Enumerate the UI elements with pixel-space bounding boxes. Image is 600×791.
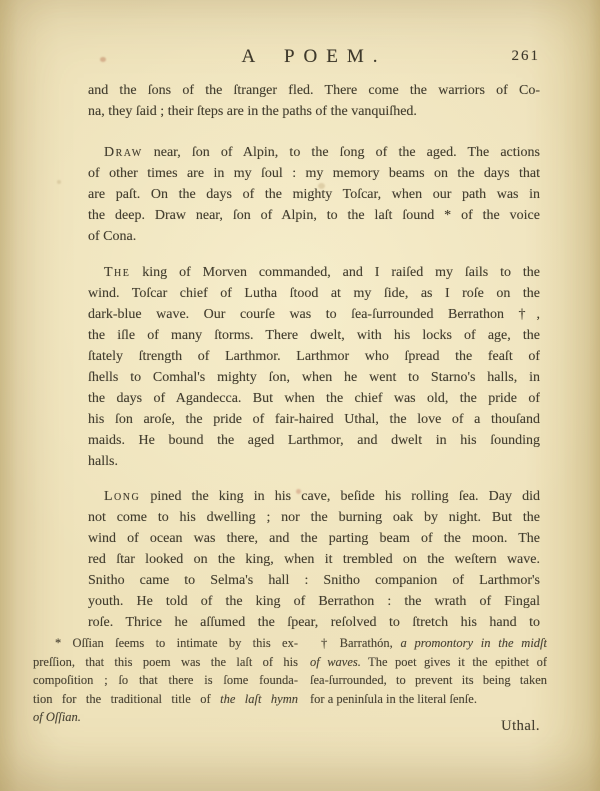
- footnote-dagger: † Barrathón, a promontory in the midſt o…: [310, 634, 547, 727]
- paragraph: and the ſons of the ſtranger fled. There…: [88, 80, 540, 122]
- footnotes: * Oſſian ſeems to intimate by this ex- p…: [33, 634, 547, 727]
- text-line: Long pined the king in his cave, beſide …: [88, 486, 540, 507]
- text-segment: ſea-ſurrounded, to prevent its being tak…: [310, 673, 547, 687]
- text-segment: The poet gives it the epithet of: [361, 655, 547, 669]
- text-segment: pined the king in his cave, beſide his r…: [140, 489, 540, 504]
- footnote-line: compoſition ; ſo that there is ſome foun…: [33, 671, 298, 690]
- smallcaps-opener: The: [104, 265, 130, 280]
- italic-segment: the laſt hymn: [220, 692, 298, 706]
- smallcaps-opener: Long: [104, 489, 140, 504]
- footnote-asterisk: * Oſſian ſeems to intimate by this ex- p…: [33, 634, 298, 727]
- body-text: and the ſons of the ſtranger fled. There…: [88, 80, 540, 633]
- text-line: wind. Toſcar chief of Lutha ſtood at my …: [88, 283, 540, 304]
- text-segment: tion for the traditional title of: [33, 692, 220, 706]
- text-line: halls.: [88, 451, 540, 472]
- text-line: his ſon aroſe, the pride of fair-haired …: [88, 409, 540, 430]
- text-line: the deep. Draw near, ſon of Alpin, to th…: [88, 205, 540, 226]
- paper-speck: [100, 57, 106, 62]
- footnote-line: preſſion, that this poem was the laſt of…: [33, 653, 298, 672]
- paper-speck: [296, 489, 301, 494]
- text-line: ſhells to Comhal's mighty ſon, when he w…: [88, 367, 540, 388]
- text-line: youth. He told of the king of Berrathon …: [88, 591, 540, 612]
- paragraph: Draw near, ſon of Alpin, to the ſong of …: [88, 142, 540, 247]
- text-line: The king of Morven commanded, and I raiſ…: [88, 262, 540, 283]
- text-line: are paſt. On the days of the mighty Toſc…: [88, 184, 540, 205]
- paper-speck: [318, 183, 325, 189]
- text-segment: † Barrathón,: [321, 636, 400, 650]
- footnote-line: for a peninſula in the literal ſenſe.: [310, 690, 547, 709]
- footnote-line: * Oſſian ſeems to intimate by this ex-: [33, 634, 298, 653]
- footnote-line: tion for the traditional title of the la…: [33, 690, 298, 709]
- text-line: dark-blue wave. Our courſe was to ſea-ſu…: [88, 304, 540, 325]
- italic-segment: of waves.: [310, 655, 361, 669]
- text-line: roſe. Thrice he aſſumed the ſpear, reſol…: [88, 612, 540, 633]
- text-line: ſtately ſtrength of Larthmor. Larthmor w…: [88, 346, 540, 367]
- paragraph: The king of Morven commanded, and I raiſ…: [88, 262, 540, 472]
- text-segment: * Oſſian ſeems to intimate by this ex-: [55, 636, 298, 650]
- text-line: maids. He bound the aged Larthmor, and d…: [88, 430, 540, 451]
- footnote-line: ſea-ſurrounded, to prevent its being tak…: [310, 671, 547, 690]
- text-segment: king of Morven commanded, and I raiſed m…: [130, 265, 540, 280]
- italic-segment: a promontory in the midſt: [400, 636, 547, 650]
- footnote-line: of Oſſian.: [33, 708, 298, 727]
- text-segment: preſſion, that this poem was the laſt of…: [33, 655, 298, 669]
- text-segment: compoſition ; ſo that there is ſome foun…: [33, 673, 298, 687]
- text-line: wind of ocean was there, and the parting…: [88, 528, 540, 549]
- text-line: of Cona.: [88, 226, 540, 247]
- text-line: red ſtar looked on the king, when it tre…: [88, 549, 540, 570]
- smallcaps-opener: Draw: [104, 145, 143, 160]
- text-line: and the ſons of the ſtranger fled. There…: [88, 80, 540, 101]
- text-line: the days of Agandecca. But when the chie…: [88, 388, 540, 409]
- text-line: Draw near, ſon of Alpin, to the ſong of …: [88, 142, 540, 163]
- paper-speck: [57, 180, 61, 184]
- footnote-line: of waves. The poet gives it the epithet …: [310, 653, 547, 672]
- text-line: Snitho came to Selma's hall : Snitho com…: [88, 570, 540, 591]
- running-title: A POEM.: [88, 46, 540, 68]
- book-page: A POEM. 261 and the ſons of the ſtranger…: [0, 0, 600, 791]
- text-line: na, they ſaid ; their ſteps are in the p…: [88, 101, 540, 122]
- catchword: Uthal.: [501, 718, 540, 735]
- page-header: A POEM. 261: [88, 46, 540, 68]
- text-segment: near, ſon of Alpin, to the ſong of the a…: [143, 145, 540, 160]
- text-segment: for a peninſula in the literal ſenſe.: [310, 692, 477, 706]
- paragraph: Long pined the king in his cave, beſide …: [88, 486, 540, 633]
- page-number: 261: [512, 48, 541, 65]
- italic-segment: of Oſſian.: [33, 710, 81, 724]
- text-line: the iſle of many ſtorms. There dwelt, wi…: [88, 325, 540, 346]
- text-line: not come to his dwelling ; nor the burni…: [88, 507, 540, 528]
- text-line: of other times are in my ſoul : my memor…: [88, 163, 540, 184]
- footnote-line: † Barrathón, a promontory in the midſt: [310, 634, 547, 653]
